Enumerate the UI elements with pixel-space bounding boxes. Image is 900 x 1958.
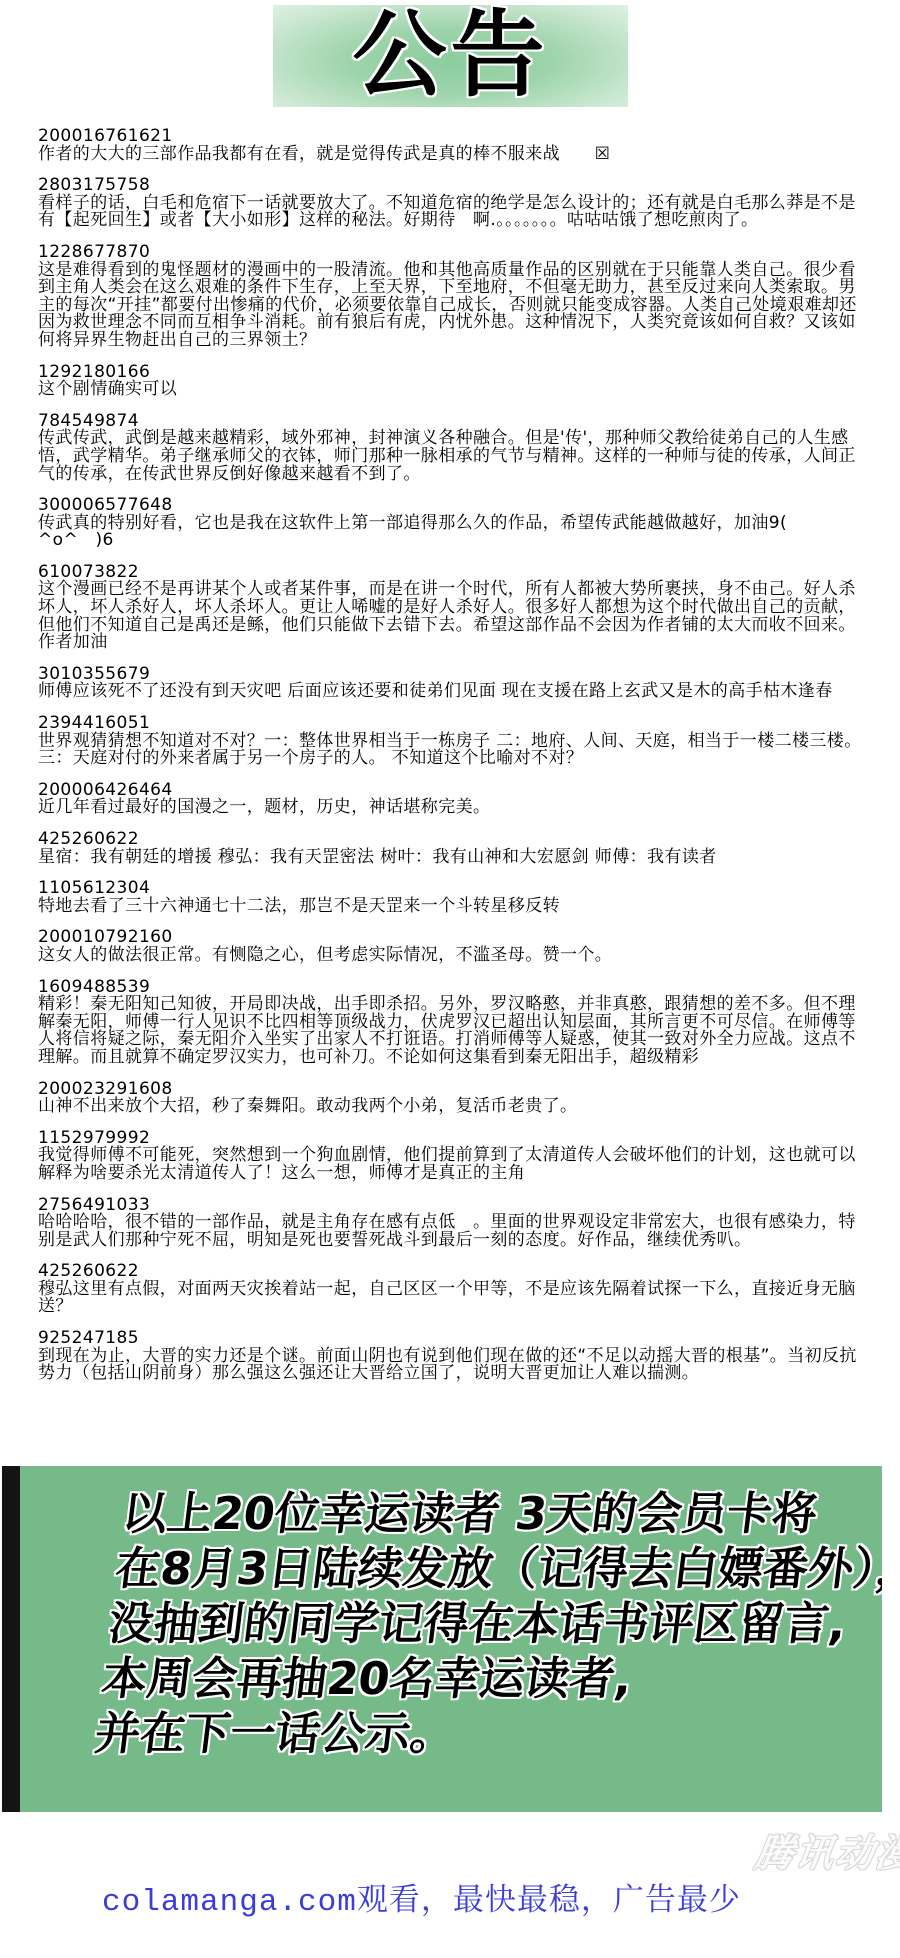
panel-line: 以上20位幸运读者 3天的会员卡将	[119, 1486, 882, 1541]
comment-text: 世界观猜猜想不知道对不对？一：整体世界相当于一栋房子 二：地府、人间、天庭，相当…	[38, 733, 864, 768]
comment-user-id: 2394416051	[38, 715, 864, 733]
comment-block: 200006426464 近几年看过最好的国漫之一，题材，历史，神话堪称完美。	[38, 782, 864, 817]
comment-text: 这女人的做法很正常。有恻隐之心，但考虑实际情况，不滥圣母。赞一个。	[38, 947, 864, 965]
panel-line: 没抽到的同学记得在本话书评区留言,	[106, 1596, 882, 1651]
comment-block: 784549874 传武传武，武倒是越来越精彩，域外邪神，封神演义各种融合。但是…	[38, 413, 864, 483]
comment-user-id: 425260622	[38, 831, 864, 849]
comment-block: 2394416051 世界观猜猜想不知道对不对？一：整体世界相当于一栋房子 二：…	[38, 715, 864, 768]
lucky-readers-text: 以上20位幸运读者 3天的会员卡将 在8月3日陆续发放（记得去白嫖番外）， 没抽…	[92, 1486, 882, 1761]
panel-line: 并在下一话公示。	[92, 1706, 882, 1761]
comment-text: 我觉得师傅不可能死，突然想到一个狗血剧情，他们提前算到了太清道传人会破坏他们的计…	[38, 1147, 864, 1182]
comment-block: 2756491033 哈哈哈哈，很不错的一部作品，就是主角存在感有点低 。里面的…	[38, 1197, 864, 1250]
comment-text: 星宿：我有朝廷的增援 穆弘：我有天罡密法 树叶：我有山神和大宏愿剑 师傅：我有读…	[38, 849, 864, 867]
comment-text: 看样子的话，白毛和危宿下一话就要放大了。不知道危宿的绝学是怎么设计的；还有就是白…	[38, 195, 864, 230]
comment-block: 200010792160 这女人的做法很正常。有恻隐之心，但考虑实际情况，不滥圣…	[38, 929, 864, 964]
comment-text: 精彩！秦无阳知己知彼，开局即决战，出手即杀招。另外，罗汉略憨，并非真憨，跟猜想的…	[38, 996, 864, 1066]
tencent-comics-watermark: 腾讯动漫	[752, 1822, 900, 1877]
comment-text: 师傅应该死不了还没有到天灾吧 后面应该还要和徒弟们见面 现在支援在路上玄武又是木…	[38, 683, 864, 701]
comment-user-id: 200016761621	[38, 128, 864, 146]
comment-block: 425260622 穆弘这里有点假，对面两天灾挨着站一起，自己区区一个甲等，不是…	[38, 1263, 864, 1316]
comment-block: 200023291608 山神不出来放个大招，秒了秦舞阳。敢动我两个小弟，复活币…	[38, 1081, 864, 1116]
comment-text: 近几年看过最好的国漫之一，题材，历史，神话堪称完美。	[38, 799, 864, 817]
comment-text: 传武传武，武倒是越来越精彩，域外邪神，封神演义各种融合。但是'传'，那种师父教给…	[38, 430, 864, 483]
comment-text: 穆弘这里有点假，对面两天灾挨着站一起，自己区区一个甲等，不是应该先隔着试探一下么…	[38, 1281, 864, 1316]
comment-block: 425260622 星宿：我有朝廷的增援 穆弘：我有天罡密法 树叶：我有山神和大…	[38, 831, 864, 866]
comment-text: 作者的大大的三部作品我都有在看，就是觉得传武是真的棒不服来战 ☒	[38, 146, 864, 164]
comment-block: 1152979992 我觉得师傅不可能死，突然想到一个狗血剧情，他们提前算到了太…	[38, 1130, 864, 1183]
comment-text: 到现在为止，大晋的实力还是个谜。前面山阴也有说到他们现在做的还“不足以动摇大晋的…	[38, 1348, 864, 1383]
panel-line: 在8月3日陆续发放（记得去白嫖番外），	[112, 1541, 882, 1596]
comment-block: 1292180166 这个剧情确实可以	[38, 364, 864, 399]
comment-text: 传武真的特别好看，它也是我在这软件上第一部追得那么久的作品，希望传武能越做越好，…	[38, 515, 864, 550]
comment-block: 2803175758 看样子的话，白毛和危宿下一话就要放大了。不知道危宿的绝学是…	[38, 177, 864, 230]
comment-text: 这是难得看到的鬼怪题材的漫画中的一股清流。他和其他高质量作品的区别就在于只能靠人…	[38, 262, 864, 350]
comment-block: 300006577648 传武真的特别好看，它也是我在这软件上第一部追得那么久的…	[38, 497, 864, 550]
comment-block: 200016761621 作者的大大的三部作品我都有在看，就是觉得传武是真的棒不…	[38, 128, 864, 163]
lucky-readers-panel: 以上20位幸运读者 3天的会员卡将 在8月3日陆续发放（记得去白嫖番外）， 没抽…	[2, 1466, 882, 1812]
panel-line: 本周会再抽20名幸运读者,	[99, 1651, 882, 1706]
comment-text: 这个剧情确实可以	[38, 381, 864, 399]
comments-list: 200016761621 作者的大大的三部作品我都有在看，就是觉得传武是真的棒不…	[38, 128, 864, 1397]
comment-block: 610073822 这个漫画已经不是再讲某个人或者某件事，而是在讲一个时代，所有…	[38, 564, 864, 652]
banner-title: 公告	[352, 9, 548, 103]
announcement-banner: 公告	[273, 5, 628, 107]
comment-block: 3010355679 师傅应该死不了还没有到天灾吧 后面应该还要和徒弟们见面 现…	[38, 666, 864, 701]
colamanga-footer-text: colamanga.com观看，最快最稳，广告最少	[102, 1874, 741, 1920]
comment-user-id: 1228677870	[38, 244, 864, 262]
comment-text: 哈哈哈哈，很不错的一部作品，就是主角存在感有点低 。里面的世界观设定非常宏大，也…	[38, 1214, 864, 1249]
comment-block: 1228677870 这是难得看到的鬼怪题材的漫画中的一股清流。他和其他高质量作…	[38, 244, 864, 350]
comment-block: 1609488539 精彩！秦无阳知己知彼，开局即决战，出手即杀招。另外，罗汉略…	[38, 979, 864, 1067]
comment-text: 山神不出来放个大招，秒了秦舞阳。敢动我两个小弟，复活币老贵了。	[38, 1098, 864, 1116]
comment-text: 特地去看了三十六神通七十二法，那岂不是天罡来一个斗转星移反转	[38, 898, 864, 916]
comment-block: 925247185 到现在为止，大晋的实力还是个谜。前面山阴也有说到他们现在做的…	[38, 1330, 864, 1383]
comment-block: 1105612304 特地去看了三十六神通七十二法，那岂不是天罡来一个斗转星移反…	[38, 880, 864, 915]
comment-text: 这个漫画已经不是再讲某个人或者某件事，而是在讲一个时代，所有人都被大势所裹挟，身…	[38, 581, 864, 651]
